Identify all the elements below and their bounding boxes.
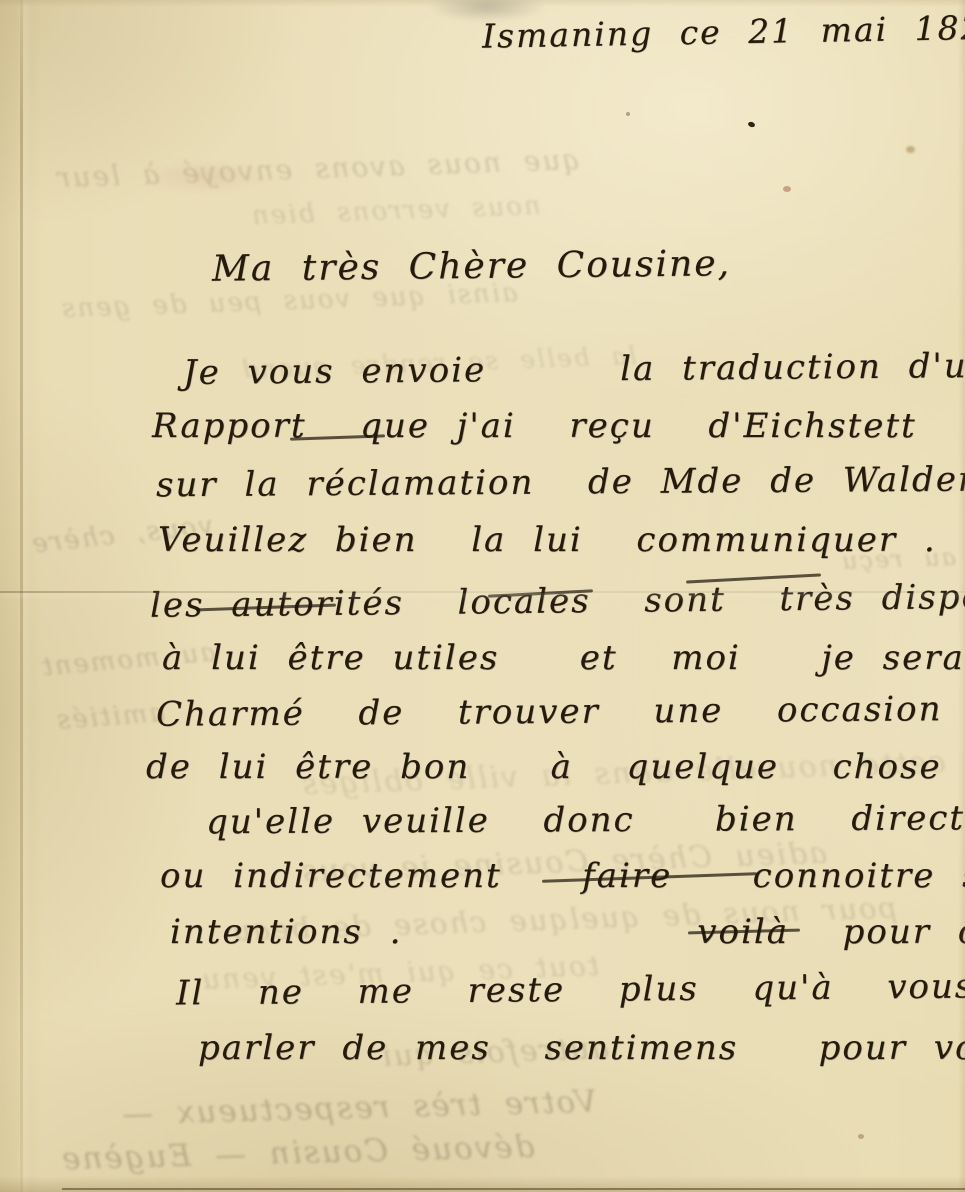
paper-bottom-edge-shadow: [0, 1176, 965, 1192]
body-line: Rapport que j'ai reçu d'Eichstett: [152, 406, 917, 446]
bleed-through-text: Votre très respectueux —: [120, 1084, 598, 1132]
paper-speck: [626, 112, 630, 116]
dateline: Ismaning ce 21 mai 1821.: [482, 7, 965, 55]
body-line: ou indirectement faire connoitre ses: [160, 856, 965, 896]
paper-top-edge-shadow: [0, 0, 965, 7]
body-line: à lui être utiles et moi je serai: [162, 638, 965, 678]
body-line: parler de mes sentimens pour vous,: [198, 1028, 965, 1068]
vertical-fold-crease: [20, 0, 23, 1192]
paper-speck: [906, 146, 915, 153]
salutation: Ma très Chère Cousine,: [212, 243, 731, 289]
bleed-through-text: dévoué Cousin — Eugène: [60, 1129, 535, 1177]
paper-bottom-edge-line: [62, 1188, 965, 1190]
body-line: Je vous envoie la traduction d'un ——: [183, 345, 965, 393]
body-line: intentions . voilà pour cette affaire .: [170, 912, 965, 952]
body-line: les autorités locales sont très disposée…: [150, 576, 965, 626]
paper-speck: [858, 1134, 864, 1139]
bleed-through-text: que nous avons envoyé à leur: [55, 143, 581, 194]
bleed-through-text: nous verrons bien: [250, 191, 542, 231]
body-line: de lui être bon à quelque chose .: [146, 747, 965, 787]
paper-speck: [783, 186, 791, 192]
body-line: qu'elle veuille donc bien directement: [206, 798, 965, 843]
body-line: Il ne me reste plus qu'à vous: [176, 967, 965, 1014]
ink-speck: [747, 121, 755, 128]
letter-page: que nous avons envoyé à leur nous verron…: [0, 0, 965, 1192]
body-line: sur la réclamation de Mde de Walderndorf…: [156, 459, 965, 506]
body-line: Veuillez bien la lui communiquer .: [158, 520, 937, 560]
bleed-through-text: amitiés: [54, 698, 166, 736]
body-line: Charmé de trouver une occasion: [156, 689, 943, 734]
